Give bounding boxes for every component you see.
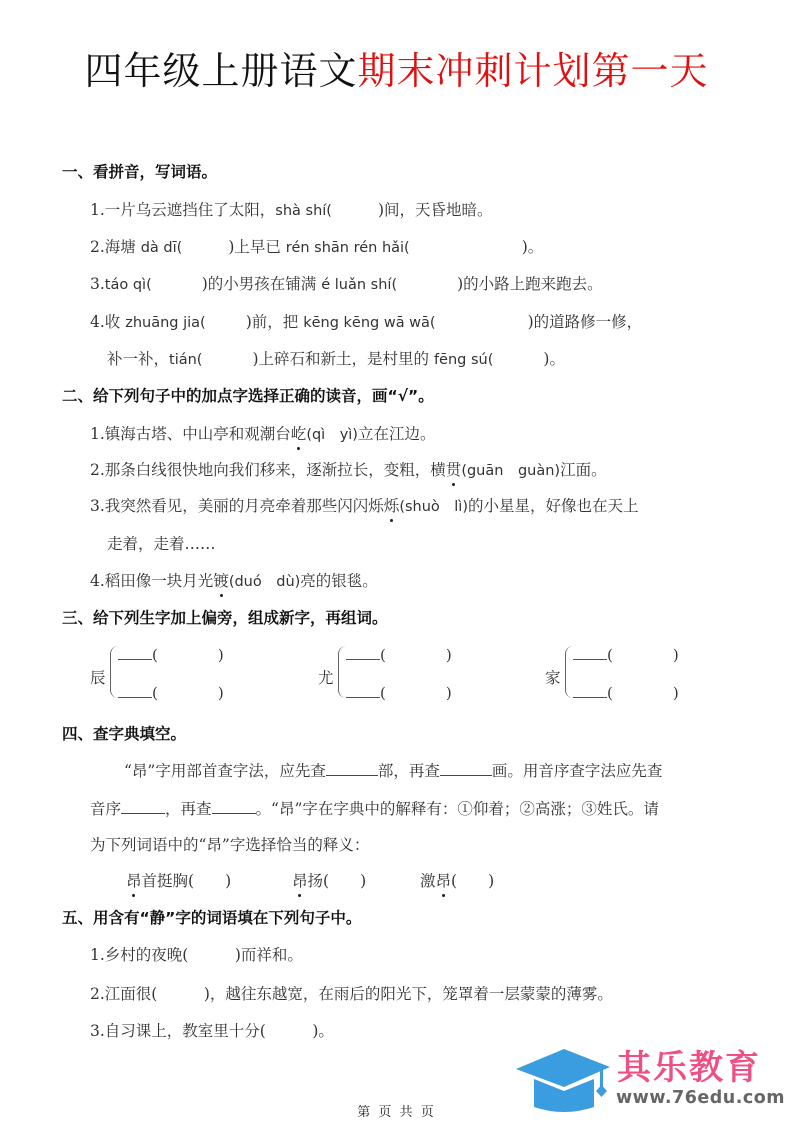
s4-word-1: 昂首挺胸( ) (126, 869, 231, 891)
s1-item-4-cont: 补一补，tián()上碎石和新土，是村里的 fēng sú()。 (107, 347, 565, 369)
s2-item-1: 1.镇海古塔、中山亭和观潮台屹(qì yì)立在江边。 (90, 422, 435, 444)
answer-blank[interactable] (212, 799, 256, 814)
radical-group-3: 家 ( ) ( ) (545, 644, 745, 704)
s5-item-2: 2.江面很( )，越往东越宽，在雨后的阳光下，笼罩着一层蒙蒙的薄雾。 (90, 982, 613, 1004)
dotted-char: 贯 (446, 458, 462, 480)
meaning-choice[interactable]: ( ) (451, 872, 494, 890)
answer-row[interactable]: ( ) (118, 644, 224, 665)
s4-word-2: 昂扬( ) (292, 869, 366, 891)
s1-item-2: 2.海塘 dà dī()上早已 rén shān rén hǎi()。 (90, 235, 543, 257)
section-4-heading: 四、查字典填空。 (62, 722, 186, 744)
s2-item-3: 3.我突然看见，美丽的月亮牵着那些闪闪烁烁(shuò lì)的小星星，好像也在天… (90, 494, 639, 516)
brand-name: 其乐教育 (617, 1040, 761, 1089)
s4-paragraph-line-2: 音序，再查。“昂”字在字典中的解释有：①仰着；②高涨；③姓氏。请 (90, 797, 659, 819)
s1-item-1: 1.一片乌云遮挡住了太阳，shà shí()间，天昏地暗。 (90, 198, 493, 220)
brand-url: www.76edu.com (616, 1088, 785, 1108)
dotted-char: 镀 (213, 569, 229, 591)
s1-item-4: 4.收 zhuāng jia()前，把 kēng kēng wā wā()的道路… (90, 310, 642, 332)
s2-item-3-cont: 走着，走着…… (107, 532, 216, 554)
dotted-char: 屹 (291, 422, 307, 444)
section-1-heading: 一、看拼音，写词语。 (62, 160, 217, 182)
answer-blank[interactable] (326, 761, 378, 776)
answer-row[interactable]: ( ) (346, 644, 452, 665)
graduation-cap-icon (512, 1045, 612, 1115)
title-black: 四年级上册语文 (84, 49, 357, 93)
radical-group-2: 尤 ( ) ( ) (318, 644, 518, 704)
answer-blank[interactable] (121, 799, 165, 814)
pronunciation-options[interactable]: (duó dù) (229, 574, 300, 590)
radical-group-1: 辰 ( ) ( ) (90, 644, 290, 704)
pronunciation-options[interactable]: (guān guàn) (461, 463, 560, 479)
page-title: 四年级上册语文期末冲刺计划第一天 (0, 46, 793, 96)
pronunciation-options[interactable]: (shuò lì) (399, 499, 468, 515)
section-3-heading: 三、给下列生字加上偏旁，组成新字，再组词。 (62, 606, 388, 628)
s2-item-4: 4.稻田像一块月光镀(duó dù)亮的银毯。 (90, 569, 378, 591)
dotted-char: 烁 (384, 494, 400, 516)
meaning-choice[interactable]: 首挺胸( ) (142, 872, 232, 890)
meaning-choice[interactable]: 扬( ) (308, 872, 367, 890)
section-5-heading: 五、用含有“静”字的词语填在下列句子中。 (62, 906, 361, 928)
answer-row[interactable]: ( ) (573, 644, 679, 665)
answer-blank[interactable] (440, 761, 492, 776)
answer-row[interactable]: ( ) (118, 682, 224, 703)
answer-row[interactable]: ( ) (573, 682, 679, 703)
watermark-logo: 其乐教育 www.76edu.com (512, 1040, 787, 1120)
section-2-heading: 二、给下列句子中的加点字选择正确的读音，画“√”。 (62, 384, 434, 406)
answer-row[interactable]: ( ) (346, 682, 452, 703)
s5-item-1: 1.乡村的夜晚( )而祥和。 (90, 943, 303, 965)
s4-word-3: 激昂( ) (420, 869, 494, 891)
s2-item-2: 2.那条白线很快地向我们移来，逐渐拉长，变粗，横贯(guān guàn)江面。 (90, 458, 607, 480)
s4-paragraph-line-1: “昂”字用部首查字法，应先查部，再查画。用音序查字法应先查 (124, 759, 662, 781)
s5-item-3: 3.自习课上，教室里十分( )。 (90, 1019, 334, 1041)
s1-item-3: 3.táo qì()的小男孩在铺满 é luǎn shí()的小路上跑来跑去。 (90, 272, 603, 294)
pronunciation-options[interactable]: (qì yì) (306, 427, 358, 443)
title-red: 期末冲刺计划第一天 (358, 49, 709, 93)
s4-paragraph-line-3: 为下列词语中的“昂”字选择恰当的释义： (90, 833, 369, 855)
